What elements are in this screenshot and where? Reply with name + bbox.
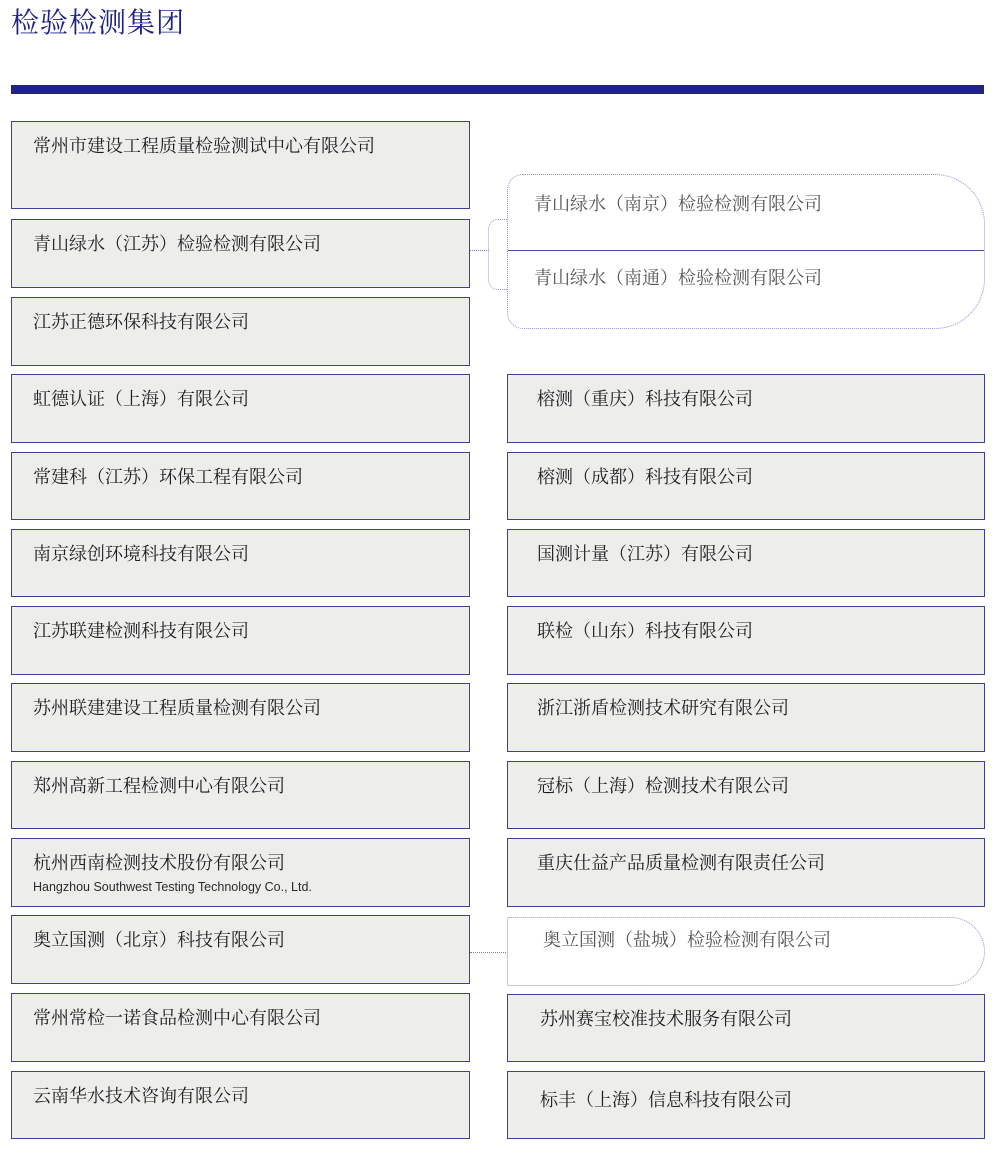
company-box[interactable]: 江苏联建检测科技有限公司 (11, 606, 470, 675)
company-name: 榕测（重庆）科技有限公司 (537, 387, 753, 413)
company-box[interactable]: 虹德认证（上海）有限公司 (11, 374, 470, 443)
company-name-english: Hangzhou Southwest Testing Technology Co… (33, 879, 312, 895)
company-name: 江苏正德环保科技有限公司 (33, 310, 249, 336)
header-divider (11, 85, 984, 94)
company-name: 常州市建设工程质量检验测试中心有限公司 (33, 134, 375, 160)
company-name: 杭州西南检测技术股份有限公司 (33, 851, 285, 877)
company-box[interactable]: 冠标（上海）检测技术有限公司 (507, 761, 985, 829)
subsidiary-group: 奥立国测（盐城）检验检测有限公司 (507, 917, 985, 986)
connector-line (470, 952, 508, 953)
group-divider (508, 250, 984, 251)
company-box[interactable]: 杭州西南检测技术股份有限公司 Hangzhou Southwest Testin… (11, 838, 470, 907)
connector-bracket (488, 219, 508, 290)
company-box[interactable]: 青山绿水（江苏）检验检测有限公司 (11, 219, 470, 288)
company-name: 榕测（成都）科技有限公司 (537, 465, 753, 491)
company-box[interactable]: 奥立国测（北京）科技有限公司 (11, 915, 470, 984)
company-box[interactable]: 国测计量（江苏）有限公司 (507, 529, 985, 597)
company-box[interactable]: 南京绿创环境科技有限公司 (11, 529, 470, 597)
company-box[interactable]: 重庆仕益产品质量检测有限责任公司 (507, 838, 985, 907)
company-name: 国测计量（江苏）有限公司 (537, 542, 753, 568)
company-box[interactable]: 常州常检一诺食品检测中心有限公司 (11, 993, 470, 1062)
company-name: 浙江浙盾检测技术研究有限公司 (537, 696, 789, 722)
connector-line (470, 250, 489, 251)
company-name: 重庆仕益产品质量检测有限责任公司 (537, 851, 825, 877)
company-name: 南京绿创环境科技有限公司 (33, 542, 249, 568)
company-name: 联检（山东）科技有限公司 (537, 619, 753, 645)
subsidiary-name[interactable]: 青山绿水（南通）检验检测有限公司 (534, 266, 822, 292)
page-title: 检验检测集团 (11, 4, 185, 42)
subsidiary-group: 青山绿水（南京）检验检测有限公司 青山绿水（南通）检验检测有限公司 (507, 174, 985, 329)
company-name: 奥立国测（北京）科技有限公司 (33, 928, 285, 954)
company-box[interactable]: 浙江浙盾检测技术研究有限公司 (507, 683, 985, 752)
company-name: 标丰（上海）信息科技有限公司 (540, 1088, 792, 1114)
subsidiary-name[interactable]: 青山绿水（南京）检验检测有限公司 (534, 192, 822, 218)
company-box[interactable]: 常州市建设工程质量检验测试中心有限公司 (11, 121, 470, 209)
company-name: 云南华水技术咨询有限公司 (33, 1084, 249, 1110)
company-box[interactable]: 郑州高新工程检测中心有限公司 (11, 761, 470, 829)
company-box[interactable]: 标丰（上海）信息科技有限公司 (507, 1071, 985, 1139)
company-name: 郑州高新工程检测中心有限公司 (33, 774, 285, 800)
company-box[interactable]: 江苏正德环保科技有限公司 (11, 297, 470, 366)
subsidiary-name[interactable]: 奥立国测（盐城）检验检测有限公司 (543, 928, 831, 954)
company-name: 冠标（上海）检测技术有限公司 (537, 774, 789, 800)
company-box[interactable]: 榕测（成都）科技有限公司 (507, 452, 985, 520)
company-box[interactable]: 苏州赛宝校准技术服务有限公司 (507, 994, 985, 1062)
company-box[interactable]: 联检（山东）科技有限公司 (507, 606, 985, 675)
company-box[interactable]: 苏州联建建设工程质量检测有限公司 (11, 683, 470, 752)
company-box[interactable]: 榕测（重庆）科技有限公司 (507, 374, 985, 443)
company-box[interactable]: 云南华水技术咨询有限公司 (11, 1071, 470, 1139)
company-box[interactable]: 常建科（江苏）环保工程有限公司 (11, 452, 470, 520)
company-name: 虹德认证（上海）有限公司 (33, 387, 249, 413)
company-name: 苏州联建建设工程质量检测有限公司 (33, 696, 321, 722)
company-name: 常州常检一诺食品检测中心有限公司 (33, 1006, 321, 1032)
company-name: 苏州赛宝校准技术服务有限公司 (540, 1007, 792, 1033)
company-name: 江苏联建检测科技有限公司 (33, 619, 249, 645)
company-name: 常建科（江苏）环保工程有限公司 (33, 465, 303, 491)
company-name: 青山绿水（江苏）检验检测有限公司 (33, 232, 321, 258)
